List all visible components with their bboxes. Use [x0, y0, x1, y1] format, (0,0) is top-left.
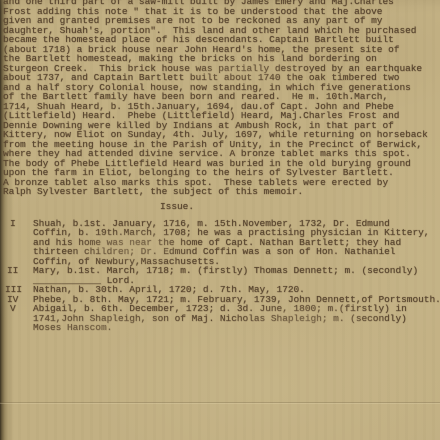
issue-entry: V Abigail, b. 6th. December, 1723; d. 3d… [3, 304, 440, 333]
memoir-paragraph: and one third part of a saw-mill built b… [3, 0, 440, 197]
issue-entry-text: Abigail, b. 6th. December, 1723; d. 3d. … [33, 304, 440, 333]
issue-entry-numeral: V [10, 304, 16, 314]
issue-entry-text: Shuah, b.1st. January, 1716, m. 15th.Nov… [33, 219, 440, 267]
issue-entry-text: Mary, b.1st. March, 1718; m. (firstly) T… [33, 266, 440, 285]
memoir-text: and one third part of a saw-mill built b… [3, 0, 440, 333]
issue-entry: I Shuah, b.1st. January, 1716, m. 15th.N… [3, 219, 440, 267]
paper-crease [0, 402, 440, 405]
issue-entry-numeral: II [7, 266, 18, 276]
issue-list: I Shuah, b.1st. January, 1716, m. 15th.N… [3, 219, 440, 333]
issue-heading: Issue. [3, 202, 440, 212]
scanned-document-page: { "colors": { "paper": "#c2b083", "ink":… [0, 0, 440, 440]
issue-entry-numeral: I [10, 219, 16, 229]
issue-entry: II Mary, b.1st. March, 1718; m. (firstly… [3, 266, 440, 285]
